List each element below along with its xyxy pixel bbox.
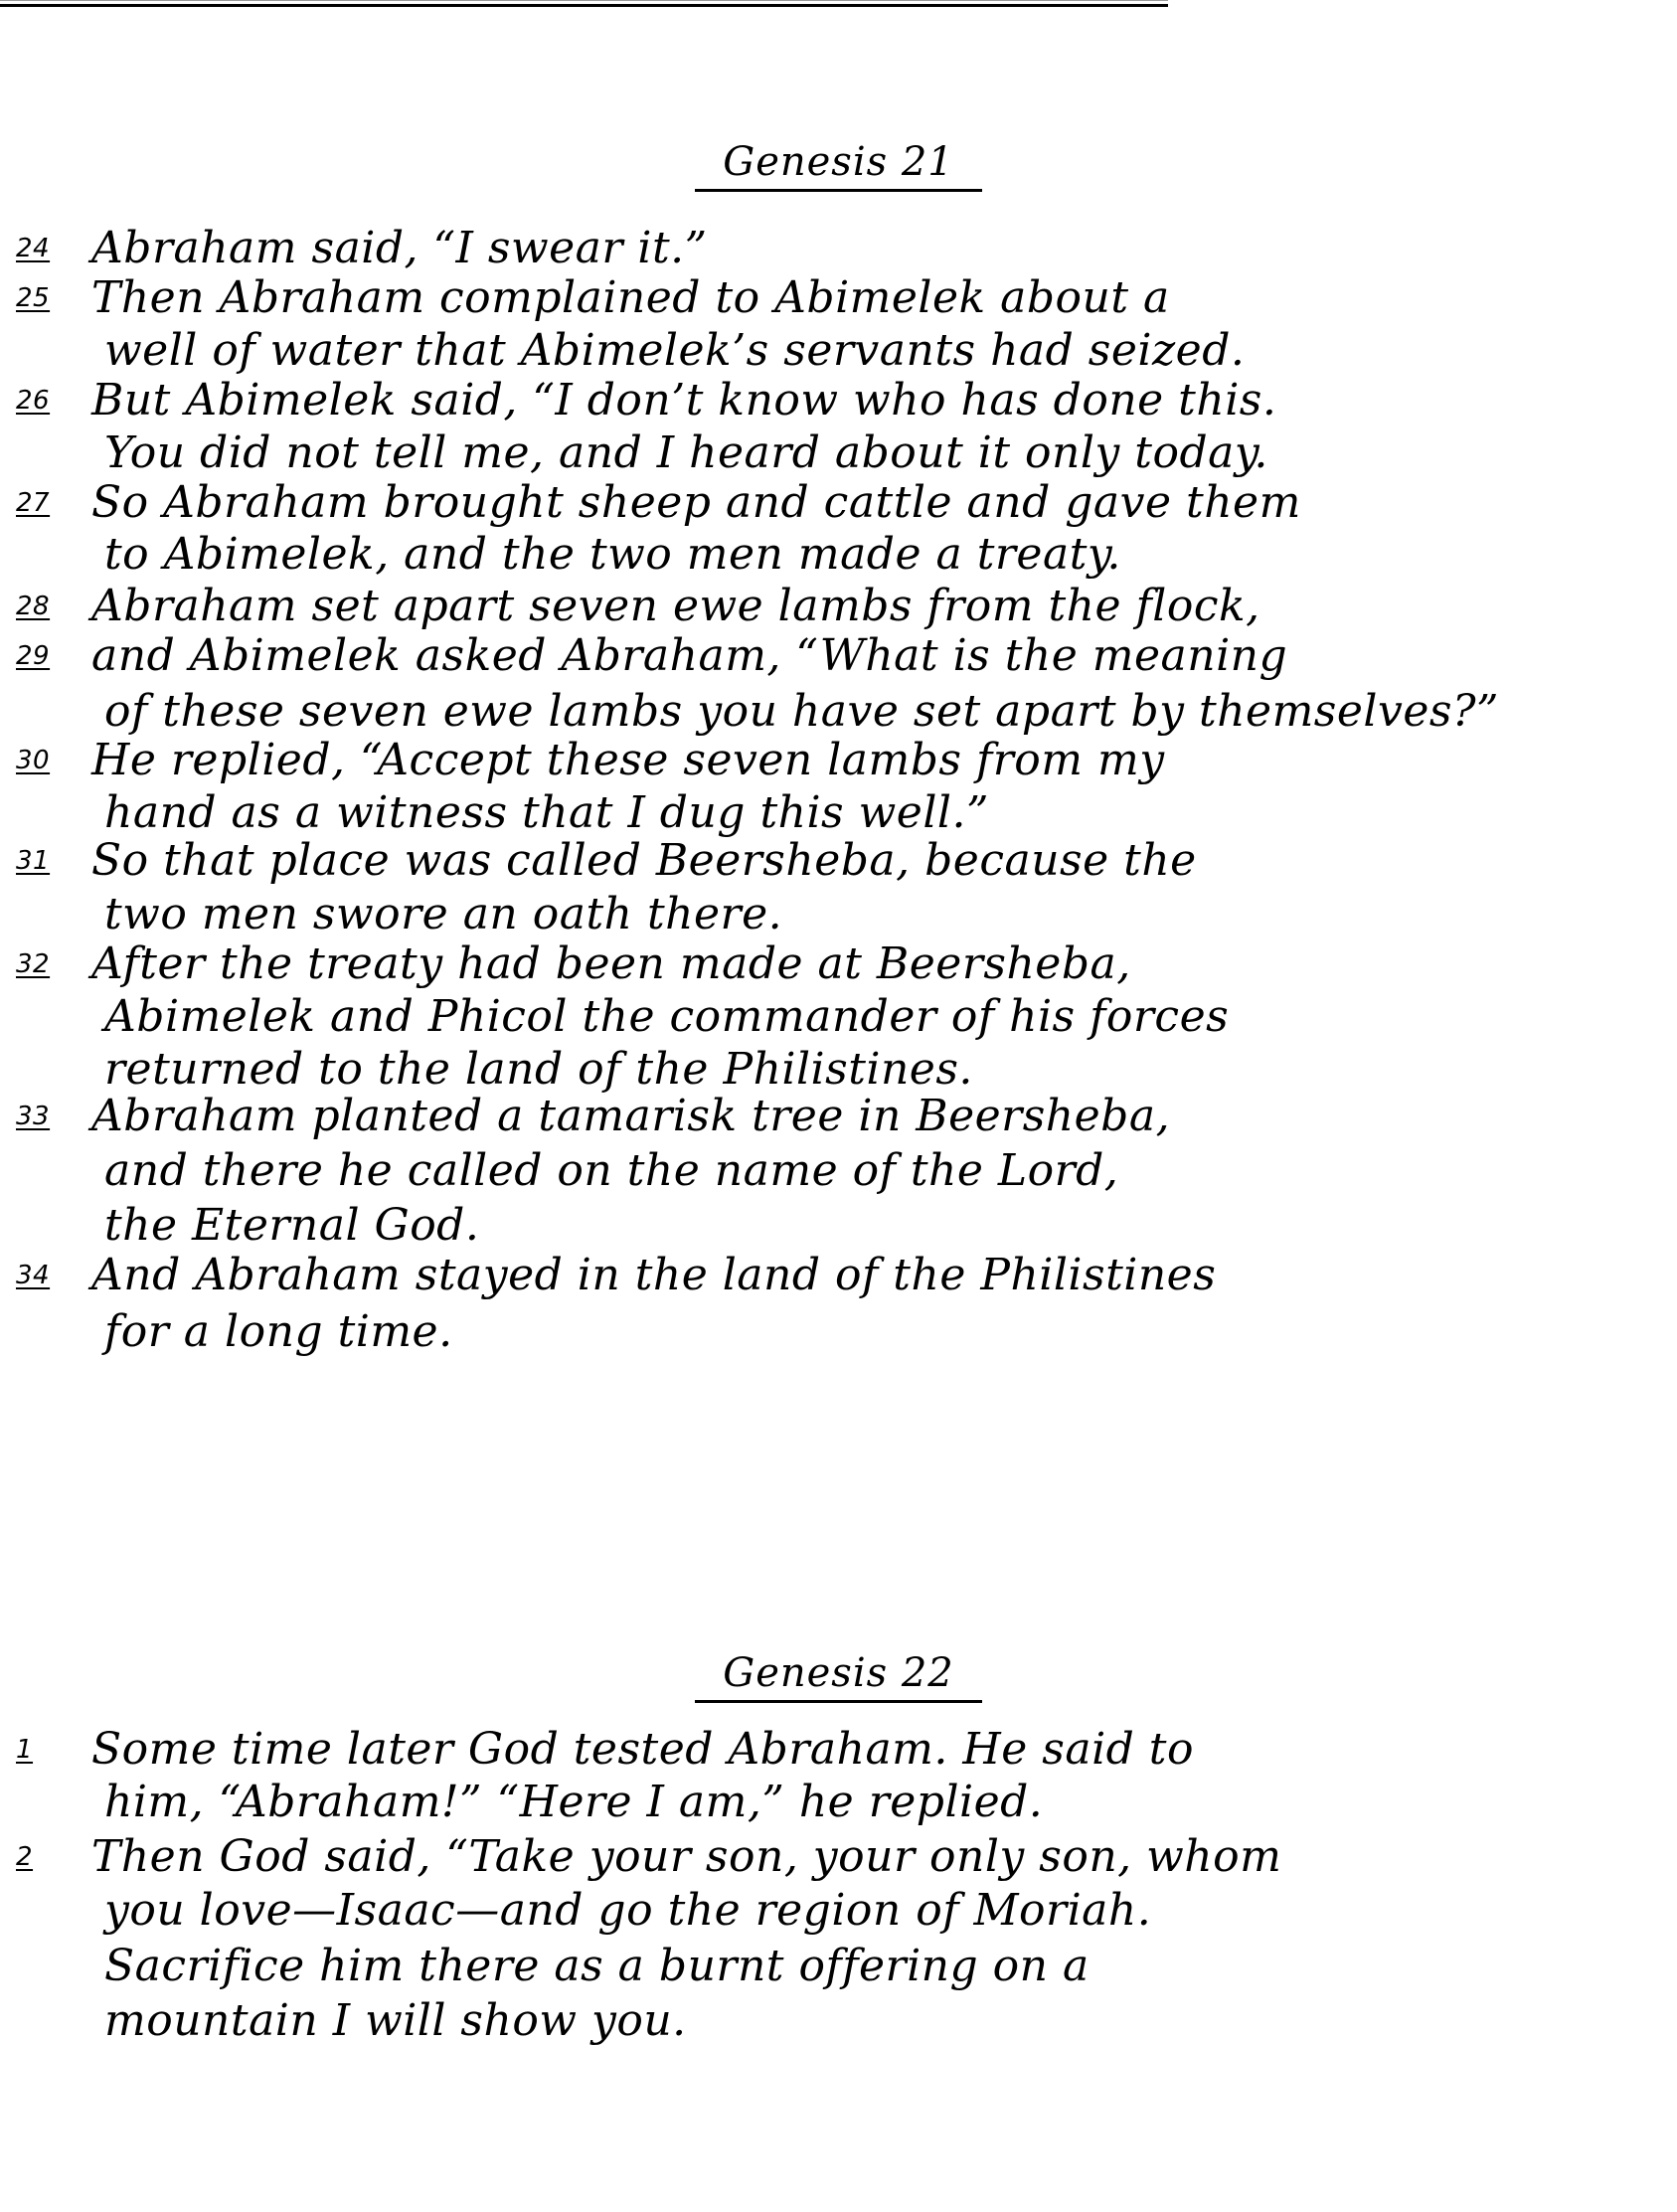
verse-text: mountain I will show you. [104,1993,687,2049]
verse-text: Sacrifice him there as a burnt offering … [104,1939,1090,1994]
verse-text: After the treaty had been made at Beersh… [91,936,1131,992]
verse-text: Abimelek and Phicol the commander of his… [104,989,1229,1045]
verse-text: you love—Isaac—and go the region of Mori… [104,1883,1151,1939]
verse-text: Then God said, “Take your son, your only… [91,1829,1281,1885]
verse-text: Abraham said, “I swear it.” [91,221,708,276]
verse-text: and there he called on the name of the L… [104,1143,1118,1199]
verse-text: for a long time. [104,1304,453,1360]
verse-text: Abraham planted a tamarisk tree in Beers… [91,1089,1170,1144]
chapter-title: Genesis 22 [0,1650,1677,1703]
verse-text: So that place was called Beersheba, beca… [91,833,1197,889]
verse-text: and Abimelek asked Abraham, “What is the… [91,628,1287,684]
verse-text: of these seven ewe lambs you have set ap… [104,684,1499,740]
verse-text: So Abraham brought sheep and cattle and … [91,475,1301,531]
verse-number: 27 [16,475,50,531]
scan-edge-line [0,4,1168,7]
verse-text: Then Abraham complained to Abimelek abou… [91,270,1170,326]
verse-number: 25 [16,270,50,326]
verse-text: You did not tell me, and I heard about i… [104,425,1268,481]
verse-number: 30 [16,733,50,788]
verse-number: 34 [16,1248,50,1303]
verse-text: Some time later God tested Abraham. He s… [91,1722,1194,1778]
verse-number: 29 [16,628,50,684]
verse-number: 28 [16,579,50,634]
verse-number: 2 [16,1829,33,1885]
verse-text: the Eternal God. [104,1198,479,1254]
chapter-title-text: Genesis 22 [695,1650,982,1703]
verse-number: 26 [16,373,50,428]
verse-number: 24 [16,221,50,276]
chapter-title: Genesis 21 [0,139,1677,192]
verse-text: Abraham set apart seven ewe lambs from t… [91,579,1260,634]
verse-text: him, “Abraham!” “Here I am,” he replied. [104,1775,1043,1830]
verse-number: 33 [16,1089,50,1144]
verse-text: But Abimelek said, “I don’t know who has… [91,373,1276,428]
verse-text: And Abraham stayed in the land of the Ph… [91,1248,1216,1303]
verse-number: 31 [16,833,50,889]
scan-edge-line [0,0,1168,1]
verse-number: 1 [16,1722,33,1778]
verse-text: two men swore an oath there. [104,887,782,942]
verse-text: to Abimelek, and the two men made a trea… [104,527,1121,583]
chapter-title-text: Genesis 21 [695,139,982,192]
verse-text: well of water that Abimelek’s servants h… [104,323,1245,379]
verse-number: 32 [16,936,50,992]
verse-text: He replied, “Accept these seven lambs fr… [91,733,1165,788]
